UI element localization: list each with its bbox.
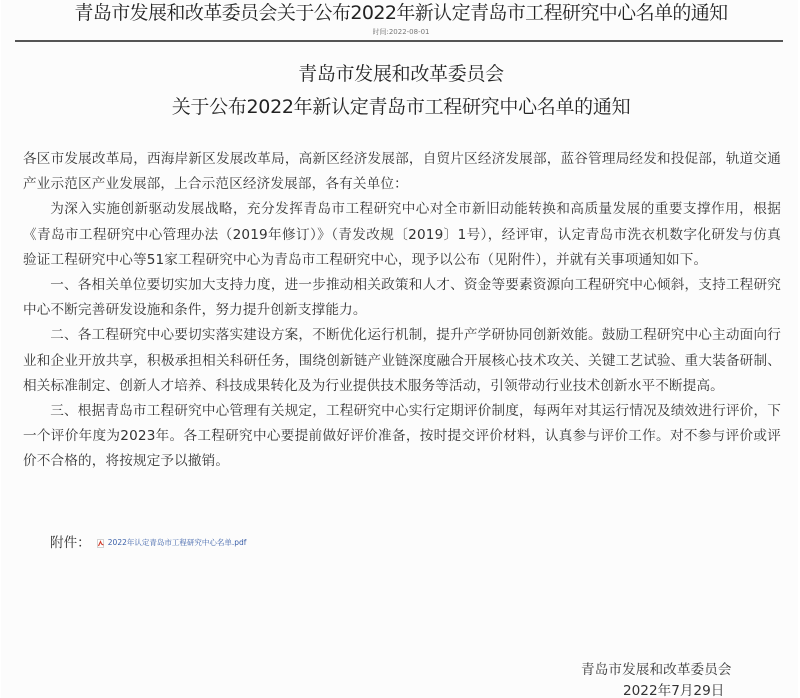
attachment-pdf-link[interactable]: 2022年认定青岛市工程研究中心名单.pdf (108, 534, 247, 552)
signature-organization: 青岛市发展和改革委员会 (581, 661, 732, 679)
paragraph-item-3: 三、根据青岛市工程研究中心管理有关规定，工程研究中心实行定期评价制度，每两年对其… (23, 399, 781, 475)
attachment-row: 附件： 2022年认定青岛市工程研究中心名单.pdf (50, 534, 246, 552)
document-body: 各区市发展改革局，西海岸新区发展改革局，高新区经济发展部，自贸片区经济发展部，蓝… (23, 147, 781, 475)
document-title-subject: 关于公布2022年新认定青岛市工程研究中心名单的通知 (1, 95, 800, 119)
publish-time: 时间:2022-08-01 (1, 27, 800, 37)
attachment-label: 附件： (50, 534, 91, 552)
document-page: 青岛市发展和改革委员会关于公布2022年新认定青岛市工程研究中心名单的通知 时间… (1, 0, 798, 698)
salutation: 各区市发展改革局，西海岸新区发展改革局，高新区经济发展部，自贸片区经济发展部，蓝… (23, 147, 781, 197)
signature-date: 2022年7月29日 (623, 682, 724, 698)
header-divider (15, 40, 783, 42)
page-header-title: 青岛市发展和改革委员会关于公布2022年新认定青岛市工程研究中心名单的通知 (1, 1, 800, 25)
paragraph-item-1: 一、各相关单位要切实加大支持力度，进一步推动相关政策和人才、资金等要素资源向工程… (23, 273, 781, 323)
pdf-file-icon (97, 539, 105, 548)
document-title-issuer: 青岛市发展和改革委员会 (1, 62, 800, 86)
paragraph-item-2: 二、各工程研究中心要切实落实建设方案，不断优化运行机制，提升产学研协同创新效能。… (23, 323, 781, 399)
paragraph-intro: 为深入实施创新驱动发展战略，充分发挥青岛市工程研究中心对全市新旧动能转换和高质量… (23, 197, 781, 273)
